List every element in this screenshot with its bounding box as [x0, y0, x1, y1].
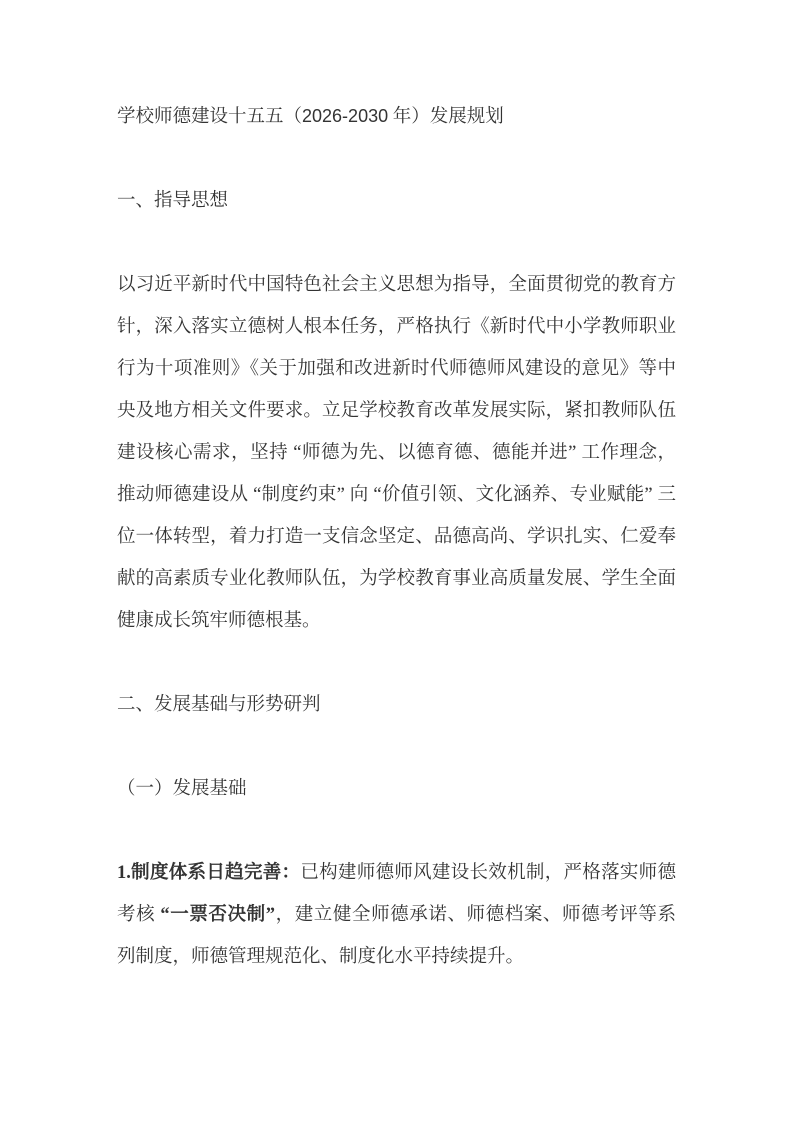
doc-title: 学校师德建设十五五（2026-2030 年）发展规划 [117, 95, 676, 138]
heading-development-basis: 二、发展基础与形势研判 [117, 684, 676, 726]
doc-title-pre: 学校师德建设十五五（ [117, 107, 302, 127]
heading-guiding-ideology: 一、指导思想 [117, 180, 676, 222]
doc-title-years: 2026-2030 [302, 106, 388, 126]
subheading-development-basis: （一）发展基础 [117, 768, 676, 810]
paragraph-key-term-bold: “一票否决制” [160, 905, 275, 925]
paragraph-guiding-ideology: 以习近平新时代中国特色社会主义思想为指导，全面贯彻党的教育方针，深入落实立德树人… [117, 264, 676, 642]
paragraph-institution-system: 1.制度体系日趋完善：已构建师德师风建设长效机制，严格落实师德考核 “一票否决制… [117, 852, 676, 978]
paragraph-lead-bold: 1.制度体系日趋完善： [117, 863, 300, 883]
document-page: 学校师德建设十五五（2026-2030 年）发展规划 一、指导思想 以习近平新时… [0, 0, 793, 1122]
doc-title-tail: 年）发展规划 [388, 107, 504, 127]
